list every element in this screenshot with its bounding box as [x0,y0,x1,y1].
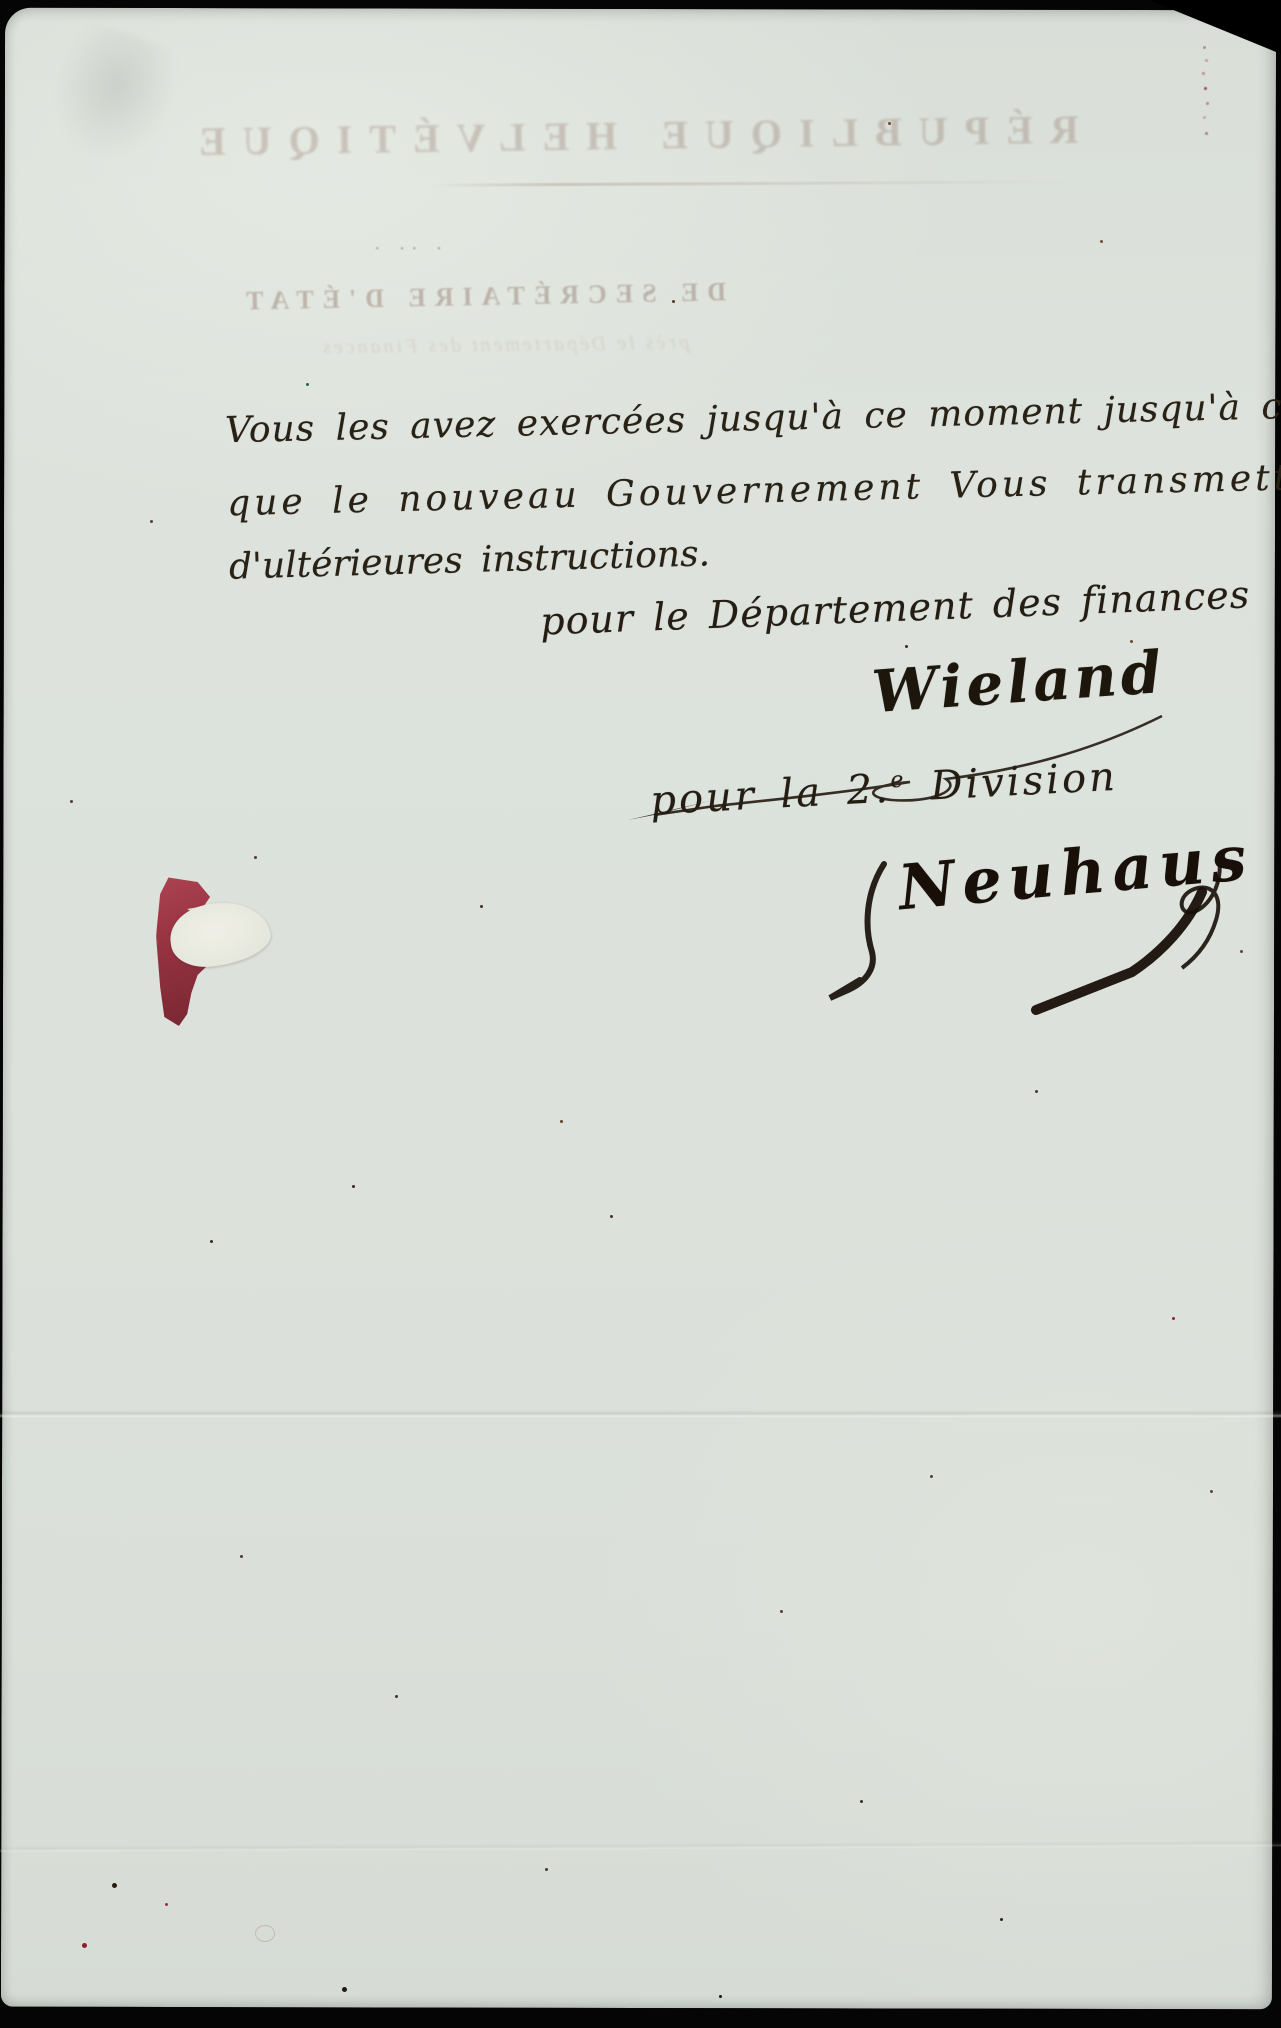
signature-neuhaus-strokes [820,832,1260,1032]
stain-ring [255,1925,275,1942]
bleedthrough-date-fragment: · ·· · [368,236,488,260]
paper-speckles [0,0,3,3]
scan-background: RÉPUBLIQUE HELVÉTIQUE · ·· · DE SECRÉTAI… [0,0,1281,2028]
red-ink-streak [1203,46,1206,49]
fold-line-upper [0,1410,1281,1418]
division-superscript: e [890,768,907,794]
